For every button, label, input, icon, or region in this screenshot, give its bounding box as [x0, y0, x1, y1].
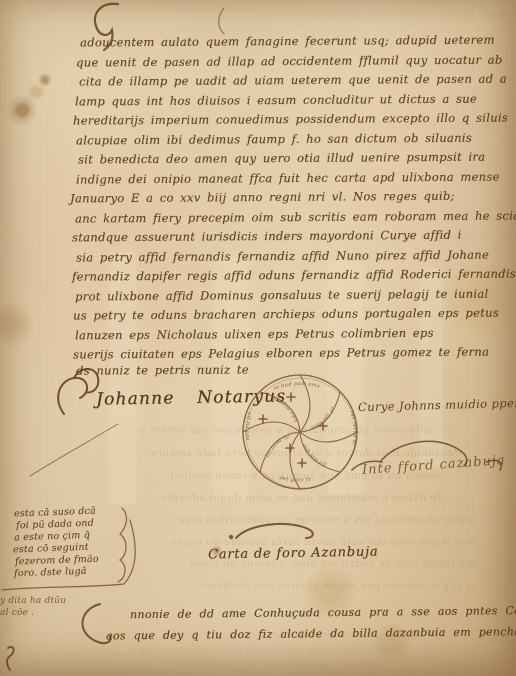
diagonal-stroke [30, 424, 118, 476]
manuscript-page: q ora som e ao deante forem que nos dom … [0, 0, 516, 676]
margin-note-brace [118, 508, 126, 582]
notary-initial-flourish [58, 369, 98, 414]
closing-bracket-flourish [82, 604, 110, 643]
top-small-flourish [219, 8, 224, 34]
top-initial-flourish [95, 4, 118, 50]
pen-flourishes [0, 0, 516, 676]
bottom-left-ink-mark [7, 647, 14, 670]
ink-blot [229, 535, 233, 539]
margin-underline [2, 520, 135, 590]
signature-swash [352, 441, 501, 470]
heading-swash [236, 524, 313, 538]
